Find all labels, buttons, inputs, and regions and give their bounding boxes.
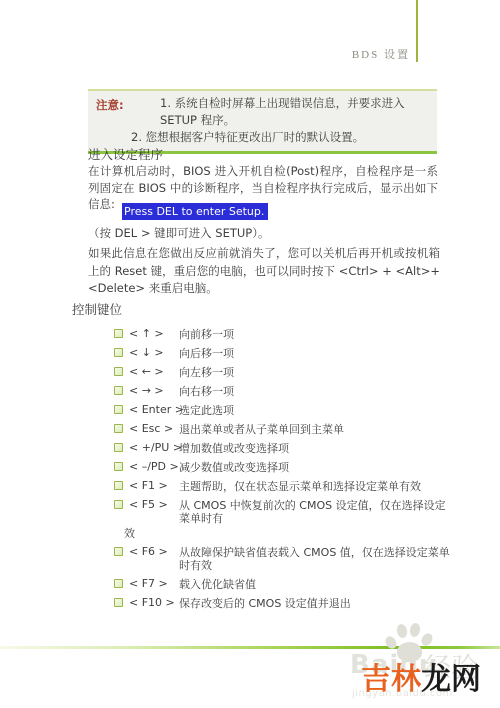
checkbox-bullet-icon [114,405,123,414]
key-label: < ↑ > [129,328,179,340]
checkbox-bullet-icon [114,367,123,376]
key-description: 向右移一项 [179,385,450,398]
key-label: < ← > [129,366,179,378]
document-page: BDS 设置 注意: 1. 系统自检时屏幕上出现错误信息，并要求进入 SETUP… [0,0,500,708]
key-list-item: < ↑ > 向前移一项 [114,328,450,341]
key-list-item: < Esc > 退出菜单或者从子菜单回到主菜单 [114,423,450,436]
key-list-item: < F5 > 从 CMOS 中恢复前次的 CMOS 设定值，仅在选择设定菜单时有 [114,499,450,525]
key-list-item: < Enter > 选定此选项 [114,404,450,417]
notice-label: 注意: [96,97,124,114]
key-description: 载入优化缺省值 [179,578,450,591]
reset-paragraph: 如果此信息在您做出反应前就消失了，您可以关机后再开机或按机箱上的 Reset 键… [88,245,440,298]
key-label: < F7 > [129,578,179,590]
key-list-item: < F6 > 从故障保护缺省值表载入 CMOS 值，仅在选择设定菜单时有效 [114,546,450,572]
checkbox-bullet-icon [114,443,123,452]
key-list-item: < ↓ > 向后移一项 [114,347,450,360]
checkbox-bullet-icon [114,500,123,509]
key-label: < –/PD > [129,461,179,473]
checkbox-bullet-icon [114,424,123,433]
watermark-site-prefix: 吉林 [361,662,421,697]
checkbox-bullet-icon [114,547,123,556]
control-keys-list: < ↑ > 向前移一项 < ↓ > 向后移一项 < ← > 向左移一项 < → … [114,328,450,616]
key-label: < F1 > [129,480,179,492]
key-label: < Enter > [129,404,179,416]
notice-item: 1. 系统自检时屏幕上出现错误信息，并要求进入 SETUP 程序。 [160,95,431,129]
checkbox-bullet-icon [114,329,123,338]
checkbox-bullet-icon [114,481,123,490]
key-list-item: < F1 > 主题帮助，仅在状态显示菜单和选择设定菜单有效 [114,480,450,493]
key-label: < Esc > [129,423,179,435]
key-description: 向后移一项 [179,347,450,360]
key-description-wrap: 效 [124,528,450,540]
key-description: 退出菜单或者从子菜单回到主菜单 [179,423,450,436]
key-label: < F6 > [129,546,179,558]
key-description: 主题帮助，仅在状态显示菜单和选择设定菜单有效 [179,480,450,493]
checkbox-bullet-icon [114,579,123,588]
watermark-site-name: 吉林龙网 [361,654,481,698]
key-description: 向左移一项 [179,366,450,379]
key-list-item: < +/PU > 增加数值或改变选择项 [114,442,450,455]
notice-item: 2. 您想根据客户特征更改出厂时的默认设置。 [131,129,431,146]
checkbox-bullet-icon [114,386,123,395]
key-description: 选定此选项 [179,404,450,417]
checkbox-bullet-icon [114,462,123,471]
key-description: 从 CMOS 中恢复前次的 CMOS 设定值，仅在选择设定菜单时有 [179,499,450,525]
key-list-item: < ← > 向左移一项 [114,366,450,379]
page-header-title: BDS 设置 [330,46,410,62]
key-list-item: < → > 向右移一项 [114,385,450,398]
key-list-item: < –/PD > 减少数值或改变选择项 [114,461,450,474]
watermark: Baidu 经验 jingyan.baidu.com 吉林龙网 [0,600,500,708]
key-list-item: < F7 > 载入优化缺省值 [114,578,450,591]
key-label: < +/PU > [129,442,179,454]
key-label: < ↓ > [129,347,179,359]
key-description: 增加数值或改变选择项 [179,442,450,455]
key-label: < F5 > [129,499,179,511]
key-description: 减少数值或改变选择项 [179,461,450,474]
section-heading-enter-setup: 进入设定程序 [88,145,163,163]
paren-note: （按 DEL > 键即可进入 SETUP）。 [88,225,448,242]
header-vertical-rule [416,0,418,62]
checkbox-bullet-icon [114,348,123,357]
key-description: 向前移一项 [179,328,450,341]
key-label: < → > [129,385,179,397]
watermark-site-suffix: 龙网 [421,662,481,697]
section-heading-control-keys: 控制键位 [72,300,122,318]
key-description: 从故障保护缺省值表载入 CMOS 值，仅在选择设定菜单时有效 [179,546,450,572]
press-del-highlight: Press DEL to enter Setup. [122,203,268,220]
